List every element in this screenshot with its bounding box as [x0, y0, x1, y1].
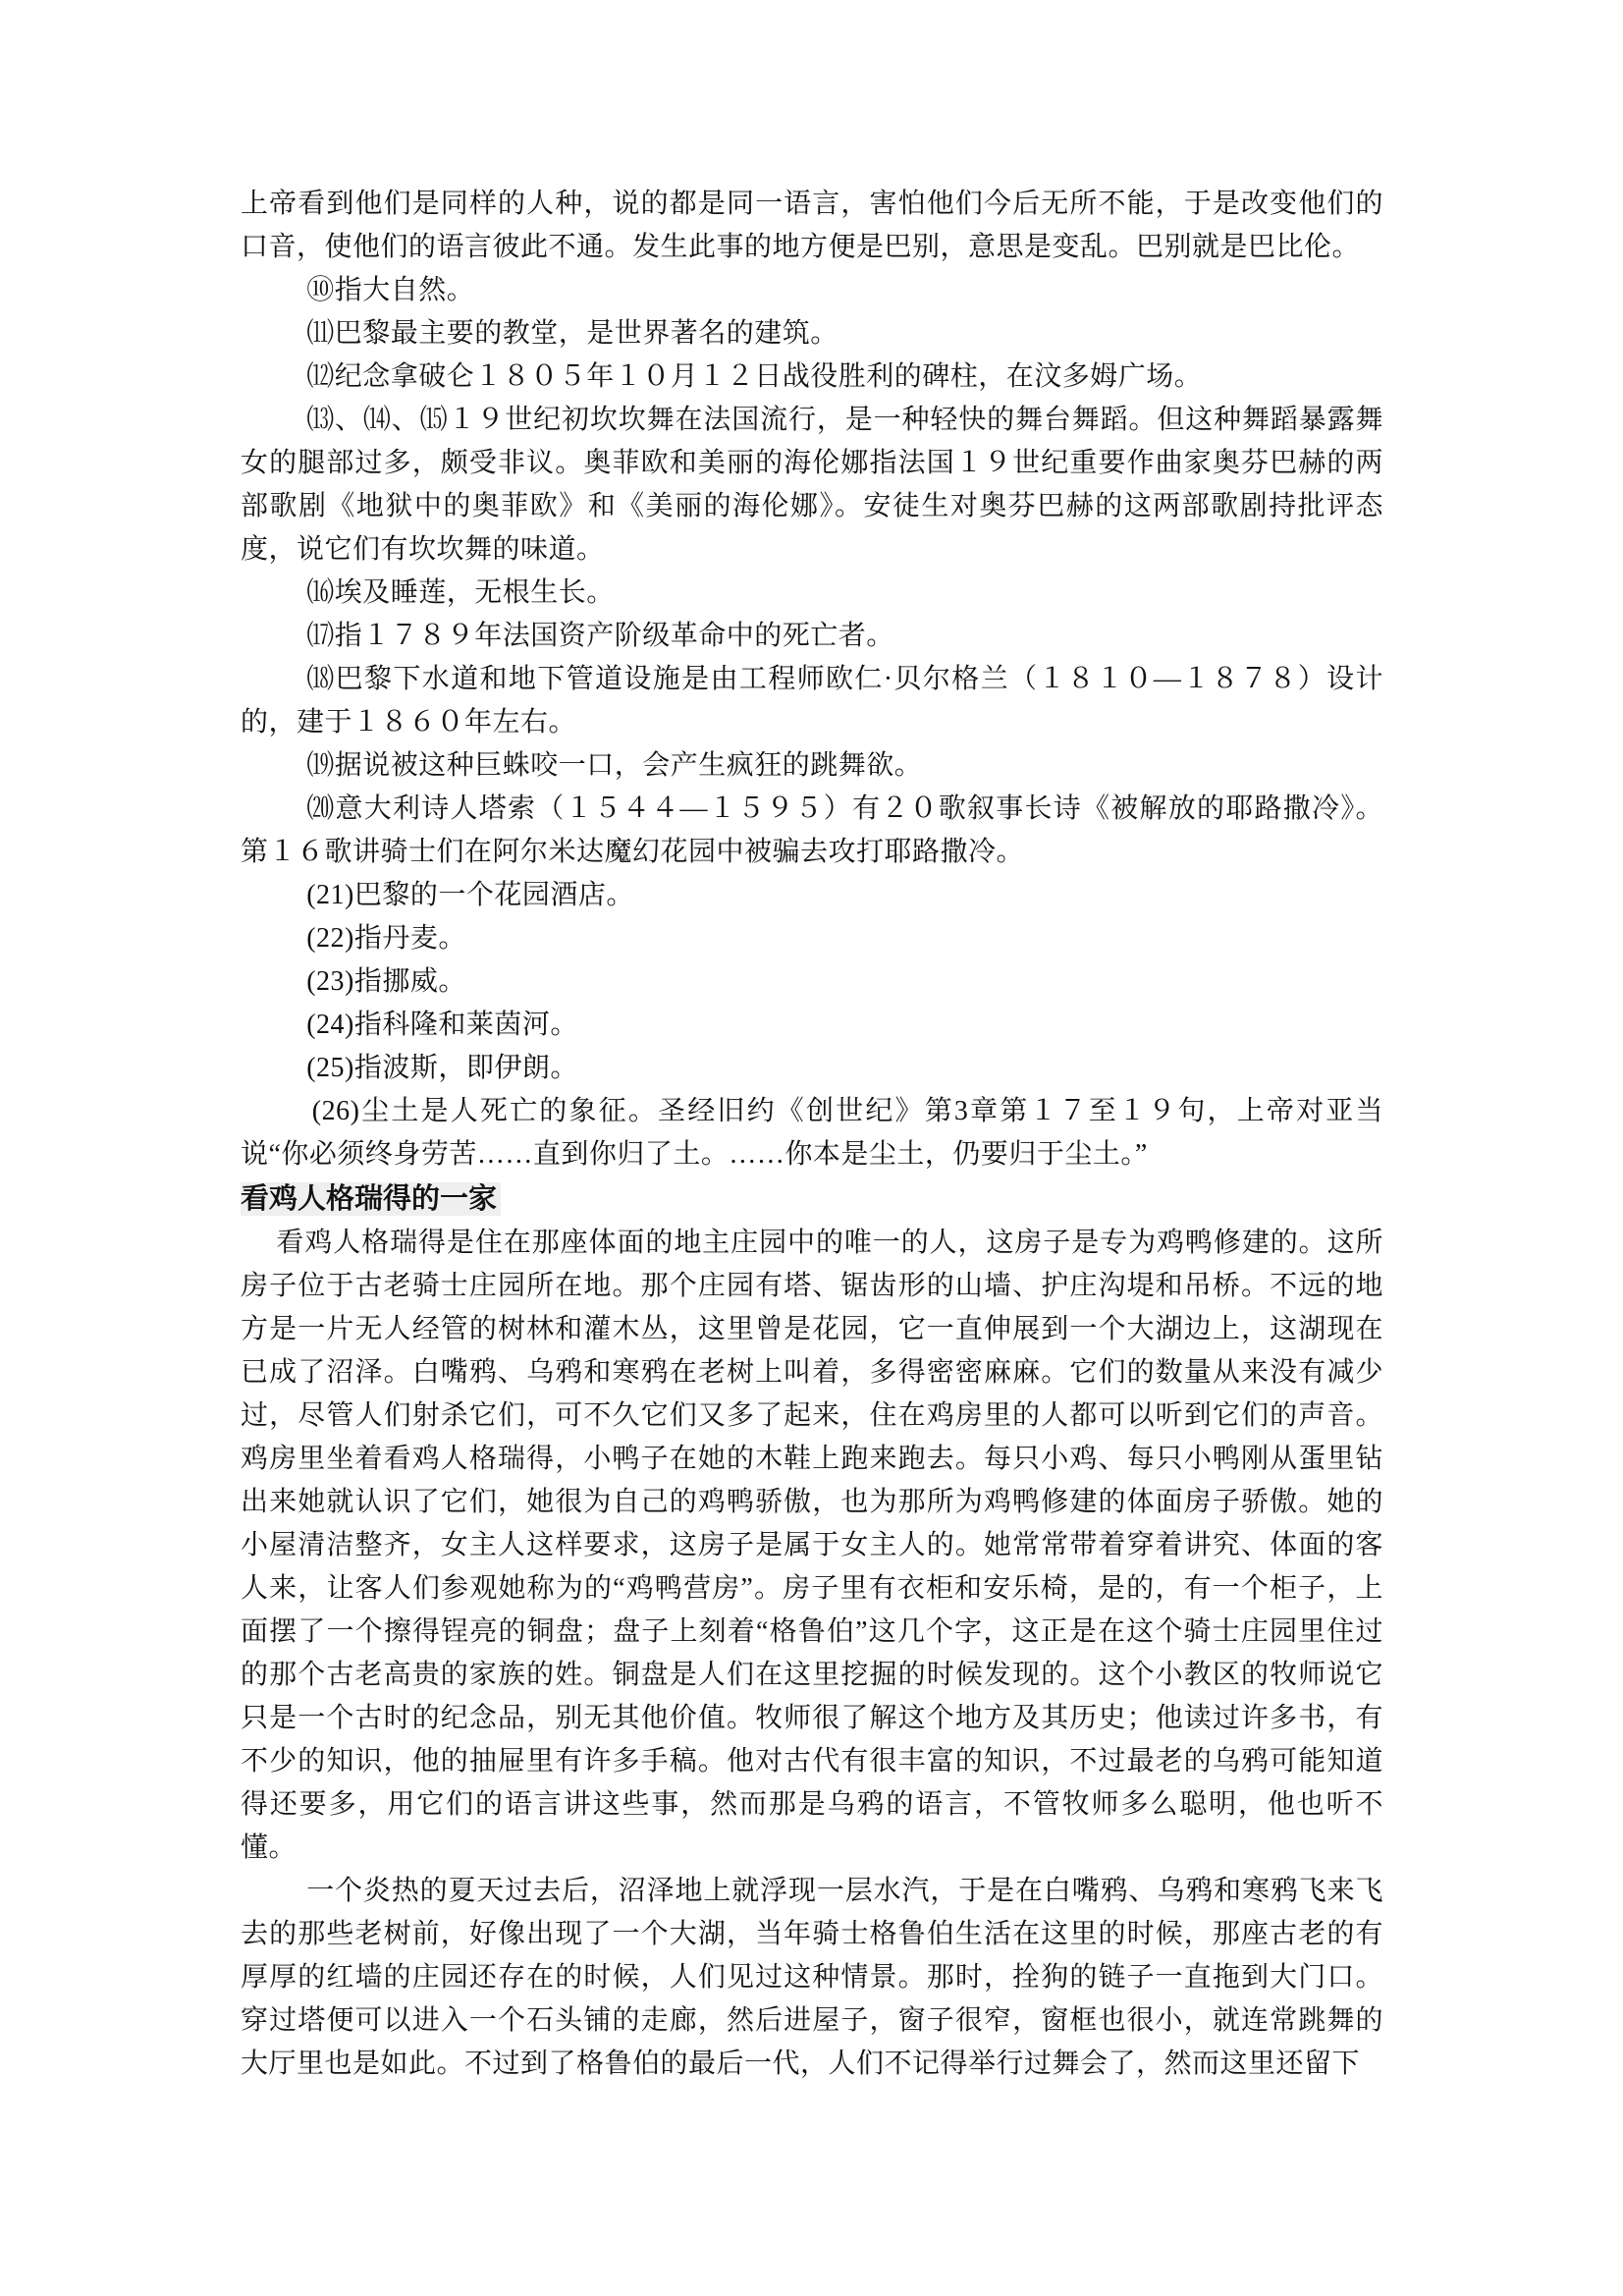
footnote: ⑩指大自然。: [241, 269, 1383, 312]
footnote: (26)尘土是人死亡的象征。圣经旧约《创世纪》第3章第１７至１９句，上帝对亚当说…: [241, 1090, 1383, 1176]
footnote: ⒀、⒁、⒂１９世纪初坎坎舞在法国流行，是一种轻快的舞台舞蹈。但这种舞蹈暴露舞女的…: [241, 399, 1383, 572]
paragraph: 一个炎热的夏天过去后，沼泽地上就浮现一层水汽，于是在白嘴鸦、乌鸦和寒鸦飞来飞去的…: [241, 1870, 1383, 2086]
footnote: ⒆据说被这种巨蛛咬一口，会产生疯狂的跳舞欲。: [241, 744, 1383, 788]
footnote: (23)指挪威。: [241, 960, 1383, 1004]
footnote: ⑿纪念拿破仑１８０５年１０月１２日战役胜利的碑柱，在汶多姆广场。: [241, 355, 1383, 399]
footnote: ⒃埃及睡莲，无根生长。: [241, 572, 1383, 615]
footnote: (22)指丹麦。: [241, 917, 1383, 960]
section-heading-text: 看鸡人格瑞得的一家: [241, 1182, 501, 1216]
footnote: ⒇意大利诗人塔索（１５４４—１５９５）有２０歌叙事长诗《被解放的耶路撒冷》。第１…: [241, 788, 1383, 874]
footnote: (25)指波斯，即伊朗。: [241, 1047, 1383, 1090]
paragraph: 看鸡人格瑞得是住在那座体面的地主庄园中的唯一的人，这房子是专为鸡鸭修建的。这所房…: [241, 1222, 1383, 1870]
section-heading: 看鸡人格瑞得的一家: [241, 1176, 1383, 1222]
footnote: ⑾巴黎最主要的教堂，是世界著名的建筑。: [241, 312, 1383, 355]
document-page: 上帝看到他们是同样的人种，说的都是同一语言，害怕他们今后无所不能，于是改变他们的…: [0, 0, 1623, 2296]
footnote: ⒄指１７８９年法国资产阶级革命中的死亡者。: [241, 615, 1383, 658]
footnote: (21)巴黎的一个花园酒店。: [241, 874, 1383, 917]
footnote: (24)指科隆和莱茵河。: [241, 1004, 1383, 1047]
paragraph: 上帝看到他们是同样的人种，说的都是同一语言，害怕他们今后无所不能，于是改变他们的…: [241, 183, 1383, 269]
footnote: ⒅巴黎下水道和地下管道设施是由工程师欧仁·贝尔格兰（１８１０—１８７８）设计的，…: [241, 658, 1383, 744]
document-content: 上帝看到他们是同样的人种，说的都是同一语言，害怕他们今后无所不能，于是改变他们的…: [241, 183, 1383, 2086]
